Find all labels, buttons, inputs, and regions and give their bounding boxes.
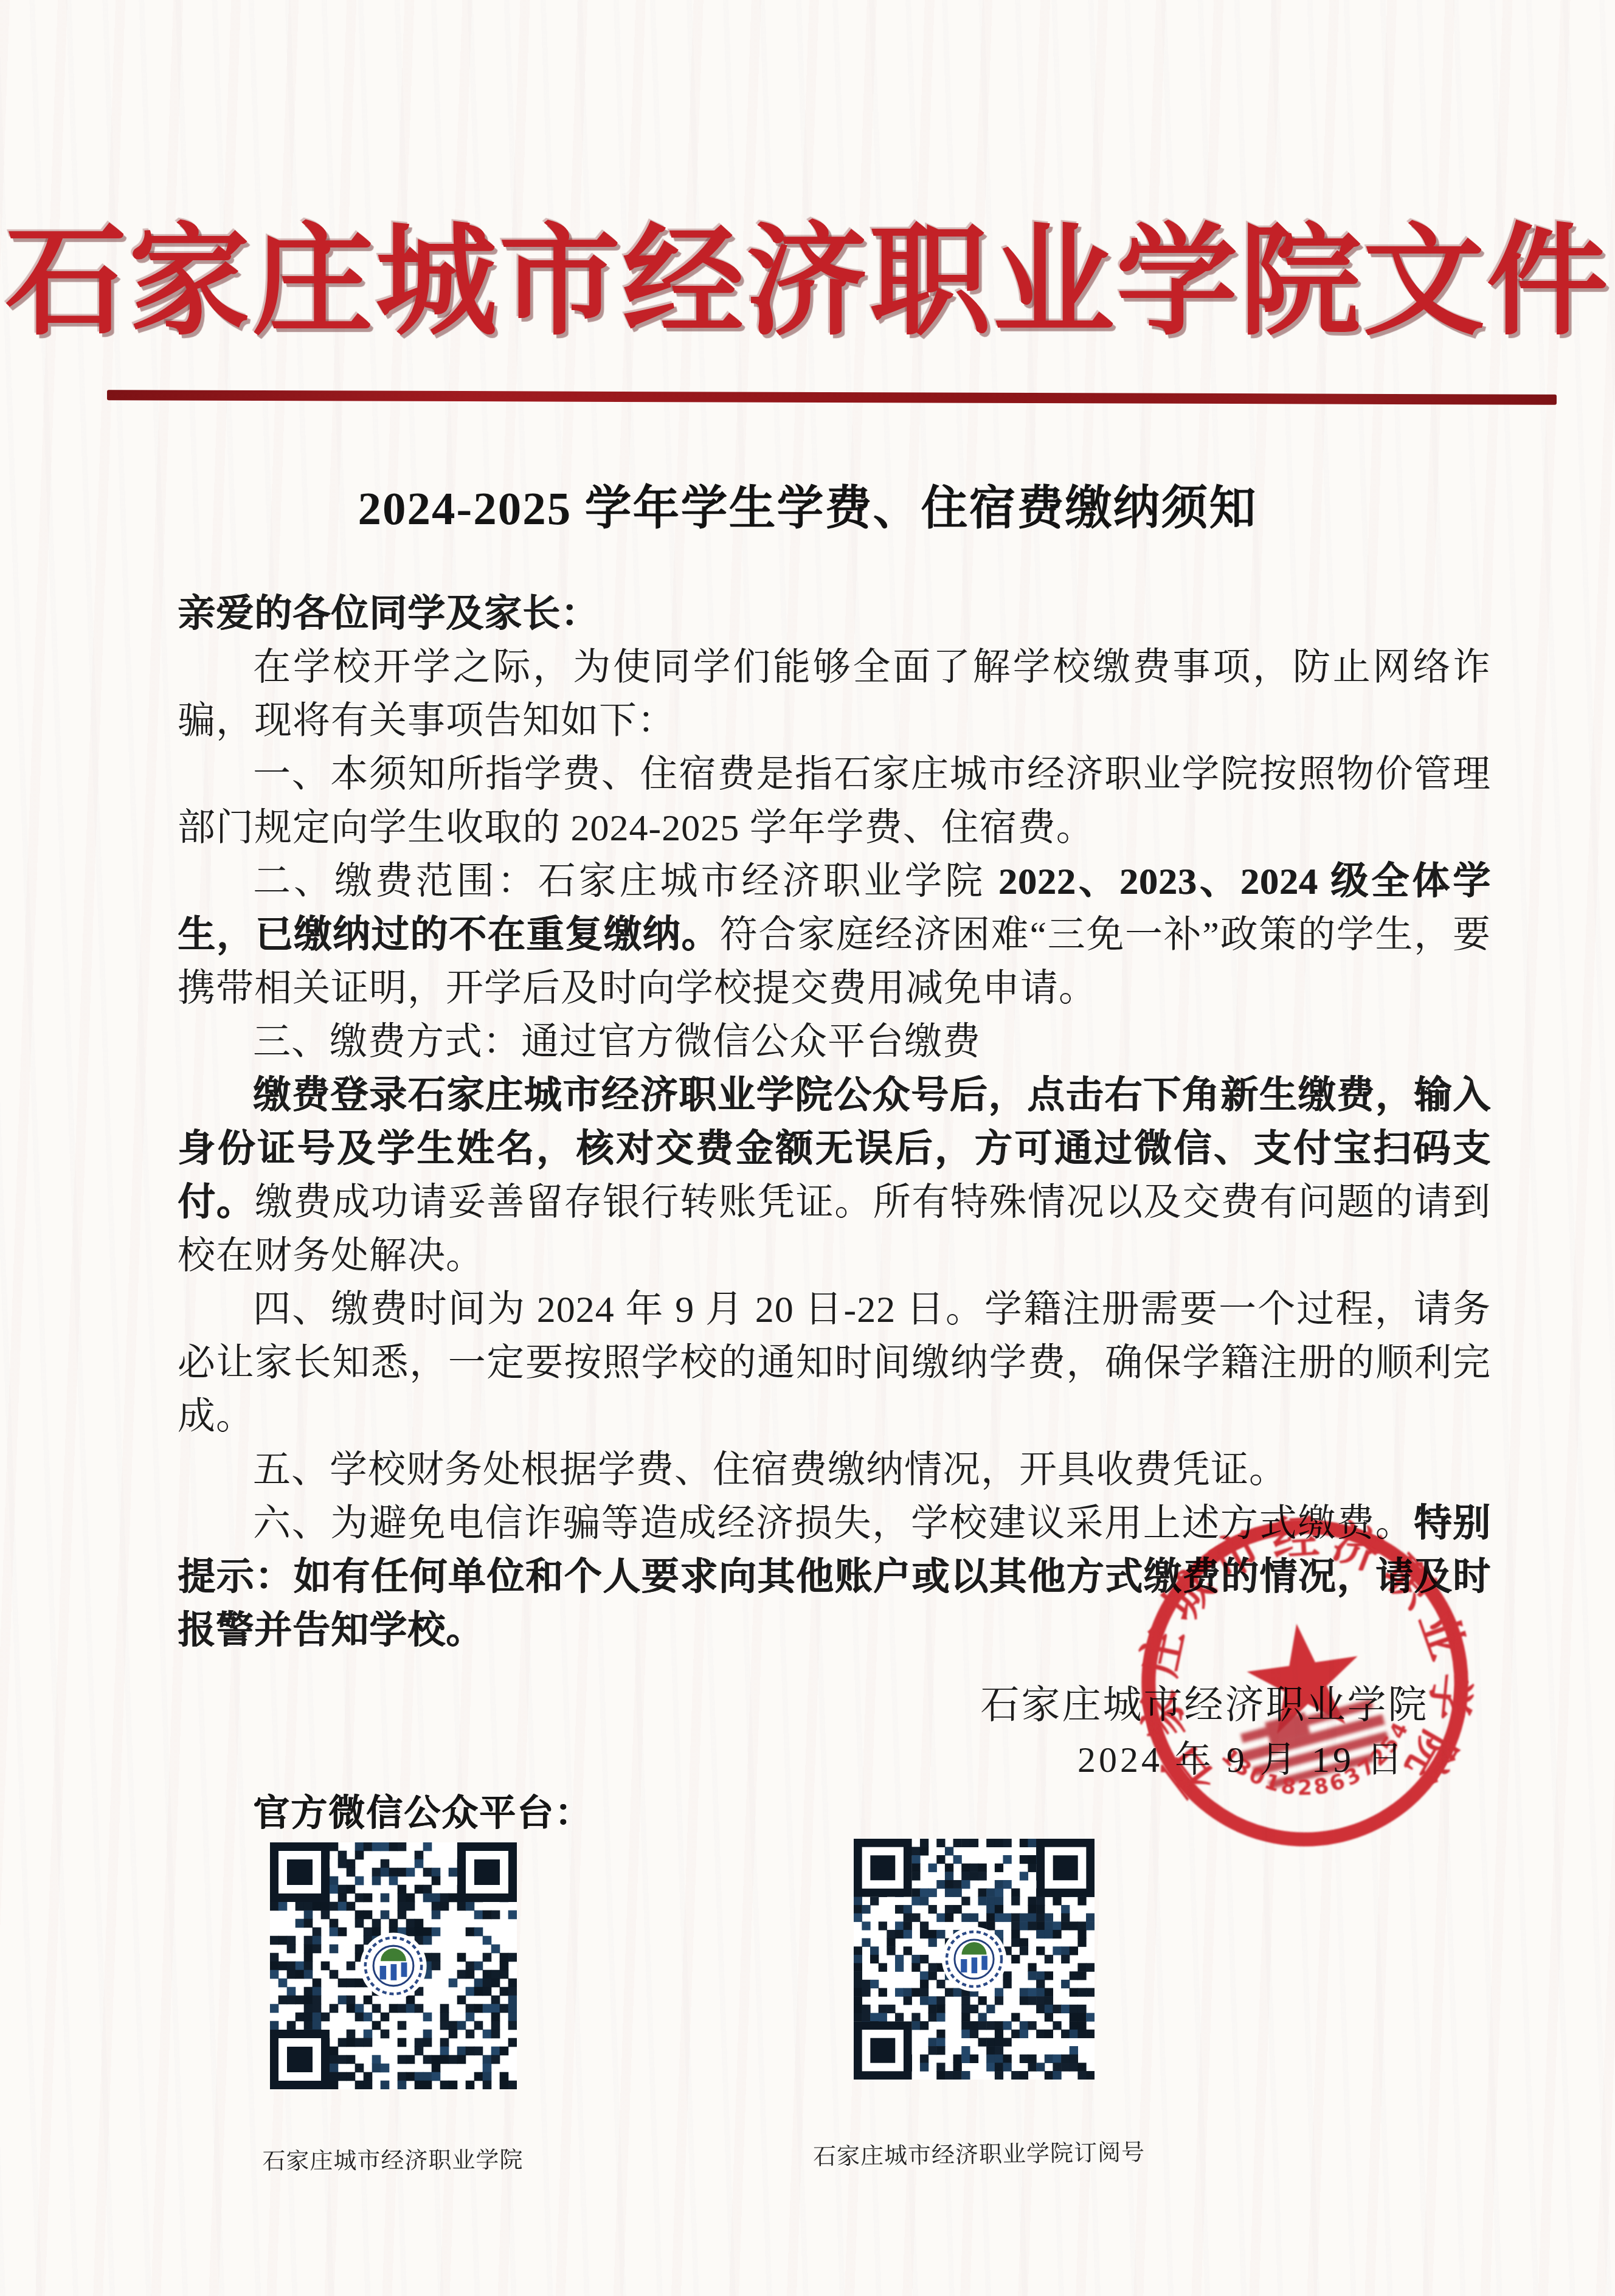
qr-caption-left: 石家庄城市经济职业学院 bbox=[241, 2141, 545, 2176]
body-run: 缴费成功请妥善留存银行转账凭证。所有特殊情况以及交费有问题的请到校在财务处解决。 bbox=[178, 1182, 1491, 1277]
signature-organization: 石家庄城市经济职业学院 bbox=[970, 1673, 1439, 1729]
body-run: 二、缴费范围：石家庄城市经济职业学院 bbox=[253, 861, 998, 902]
document-page: 石家庄城市经济职业学院文件 2024-2025 学年学生学费、住宿费缴纳须知 亲… bbox=[0, 0, 1615, 2296]
body-run: 六、为避免电信诈骗等造成经济损失，学校建议采用上述方式缴费。 bbox=[253, 1503, 1414, 1544]
body-paragraph: 一、本须知所指学费、住宿费是指石家庄城市经济职业学院按照物价管理部门规定向学生收… bbox=[178, 748, 1491, 855]
body-run: 三、缴费方式：通过官方微信公众平台缴费 bbox=[253, 1022, 981, 1063]
body-run: 在学校开学之际，为使同学们能够全面了解学校缴费事项，防止网络诈骗，现将有关事项告… bbox=[178, 647, 1491, 742]
letterhead-title: 石家庄城市经济职业学院文件 bbox=[0, 216, 1615, 349]
body-paragraph: 在学校开学之际，为使同学们能够全面了解学校缴费事项，防止网络诈骗，现将有关事项告… bbox=[178, 641, 1491, 748]
wechat-platform-label: 官方微信公众平台： bbox=[253, 1784, 592, 1836]
qr-caption-right: 石家庄城市经济职业学院订阅号 bbox=[803, 2133, 1156, 2171]
qr-code-left-canvas bbox=[270, 1842, 517, 2089]
body-run: 四、缴费时间为 2024 年 9 月 20 日-22 日。学籍注册需要一个过程，… bbox=[178, 1289, 1491, 1437]
header-divider bbox=[107, 390, 1557, 404]
qr-code-right-canvas bbox=[854, 1839, 1095, 2080]
body-paragraph: 六、为避免电信诈骗等造成经济损失，学校建议采用上述方式缴费。特别提示：如有任何单… bbox=[178, 1497, 1491, 1658]
body-paragraph: 四、缴费时间为 2024 年 9 月 20 日-22 日。学籍注册需要一个过程，… bbox=[178, 1283, 1491, 1444]
qr-code-right bbox=[854, 1839, 1095, 2080]
body-paragraph: 五、学校财务处根据学费、住宿费缴纳情况，开具收费凭证。 bbox=[178, 1444, 1491, 1497]
body-run: 一、本须知所指学费、住宿费是指石家庄城市经济职业学院按照物价管理部门规定向学生收… bbox=[178, 754, 1491, 849]
body-paragraph: 三、缴费方式：通过官方微信公众平台缴费 bbox=[178, 1015, 1491, 1069]
body-run: 五、学校财务处根据学费、住宿费缴纳情况，开具收费凭证。 bbox=[253, 1450, 1287, 1491]
signature-date: 2024 年 9 月 19 日 bbox=[1065, 1731, 1418, 1783]
body-paragraph: 二、缴费范围：石家庄城市经济职业学院 2022、2023、2024 级全体学生，… bbox=[178, 855, 1491, 1015]
notice-body: 亲爱的各位同学及家长： 在学校开学之际，为使同学们能够全面了解学校缴费事项，防止… bbox=[178, 587, 1491, 1658]
notice-title: 2024-2025 学年学生学费、住宿费缴纳须知 bbox=[0, 471, 1615, 538]
body-paragraph: 缴费登录石家庄城市经济职业学院公众号后，点击右下角新生缴费，输入身份证号及学生姓… bbox=[178, 1069, 1491, 1283]
qr-code-left bbox=[270, 1842, 517, 2089]
salutation-line: 亲爱的各位同学及家长： bbox=[178, 587, 1491, 641]
